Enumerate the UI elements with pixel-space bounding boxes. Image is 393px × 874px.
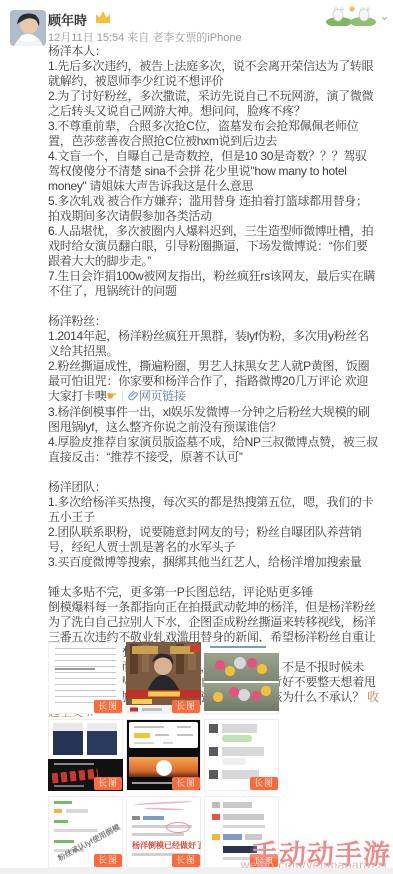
section-title-fans: 杨洋粉丝： — [48, 314, 379, 329]
team-item: 2.团队联系职粉，说要随意封网友的号；粉丝自曝团队养营销号，经纪人贾士凯是著名的… — [48, 525, 379, 555]
search-card — [129, 722, 198, 748]
fans-item: 4.厚脸皮推荐自家演员版盗墓不成，给NP三叔微博点赞，被三叔直接反击：“推荐不接… — [48, 435, 379, 465]
pink-circle-annotation — [166, 822, 190, 833]
person-item: 1.先后多次违约，被告上法庭多次，说不会离开荣信达为了转眼就解约，被恩师李少红说… — [48, 59, 379, 89]
thumb-text-heading — [55, 668, 95, 670]
paperclip-link-icon — [128, 390, 139, 405]
post-text: 杨洋本人： 1.先后多次违约，被告上法庭多次，说不会离开荣信达为了转眼就解约，被… — [48, 44, 379, 721]
weibo-row — [132, 833, 196, 836]
tail-paragraph: 锤太多贴不完，更多第一P长图总结，评论贴更多锤 — [48, 585, 379, 600]
weibo-post-page: 顾年時 12月11日 15:54 来自 老李女票的iPhone ⌄ 杨洋本人： … — [0, 0, 393, 874]
profile-decoration-badge — [325, 4, 377, 26]
username[interactable]: 顾年時 — [48, 10, 87, 29]
comment-bubble — [222, 758, 246, 765]
long-image-badge: 长图 — [250, 777, 278, 790]
team-item: 3.买百度微博等搜索，捆绑其他当红艺人，给杨洋增加搜索量 — [48, 555, 379, 570]
red-highlight-text: 杨洋倒模已经做好了 — [132, 840, 201, 851]
gallery-thumb-search-screenshot[interactable]: 长图 — [126, 719, 201, 791]
person-item: 4.文盲一个，自曝自己是奇数控，但是10 30是奇数？？？驾驭 驾权傻傻分不清楚… — [48, 149, 379, 194]
collage-photo-bottom — [204, 683, 279, 711]
avatar[interactable] — [10, 10, 46, 46]
person-item: 3.不尊重前辈，合照多次抢C位，盗墓发布会抢郑佩佩老师位置，芭莎慈善夜合照抢C位… — [48, 119, 379, 149]
gallery-thumb-chat-admission[interactable]: 粉丝承认lyf使用倒模 长图 — [48, 796, 123, 868]
collage-header — [204, 642, 279, 652]
long-image-badge: 长图 — [94, 854, 122, 867]
comment-row — [212, 814, 274, 820]
chat-row — [54, 809, 118, 813]
person-item: 2.为了讨好粉丝，多次撒谎，采访先说自己不玩网游，演了微微之后转头又说自己网游大… — [48, 89, 379, 119]
person-item: 5.多次轧戏 被合作方嫌弃；滥用替身 连拍着打篮球都用替身；拍戏期间多次请假参加… — [48, 194, 379, 224]
weibo-row — [132, 816, 196, 820]
collage-photo-top — [204, 653, 279, 681]
long-image-badge: 长图 — [94, 700, 122, 713]
long-image-badge: 长图 — [172, 700, 200, 713]
suit-photo-left — [53, 723, 83, 755]
vip-crown-icon — [96, 11, 110, 23]
sunset-photo — [129, 757, 198, 777]
fans-item-with-link: 2.粉丝撕逼成性，撕遍粉圈，男艺人抹黑女艺人就P黄图，饭圈最可怕诅咒：你家要和杨… — [48, 359, 379, 405]
fans-item: 3.杨洋倒模事件一出，xl娱乐发微博一分钟之后粉丝大规模的刷图甩锅lyf，这么整… — [48, 405, 379, 435]
team-item: 1.多次给杨洋买热搜，每次买的都是热搜第五位，嗯，我们的卡五小王子 — [48, 495, 379, 525]
comment-bubble — [222, 735, 252, 742]
chat-row — [54, 820, 118, 823]
chat-row — [54, 801, 118, 804]
pink-annotation — [144, 807, 184, 810]
comment-row — [212, 802, 274, 808]
inline-divider: | — [117, 389, 128, 403]
pointing-finger-icon: ☛ — [107, 389, 117, 403]
avatar-image — [10, 10, 46, 46]
thumb-text-lines — [55, 648, 116, 708]
suit-photo-right — [87, 723, 117, 755]
long-image-badge: 长图 — [94, 777, 122, 790]
comment-row — [209, 747, 273, 756]
gallery-thumb-suit-photos-video[interactable]: 长图 — [48, 719, 123, 791]
gallery-thumb-mold-weibo[interactable]: 杨洋倒模已经做好了 长图 — [126, 796, 201, 868]
gallery-thumb-fan-gift-collage[interactable] — [204, 642, 279, 714]
fans-item: 1.2014年起，杨洋粉丝疯狂开黑群，装lyf伪粉，多次用y粉丝名义给其招黑。 — [48, 329, 379, 359]
gallery-thumb-tv-interview[interactable]: 长图 — [126, 642, 201, 714]
section-title-team: 杨洋团队： — [48, 480, 379, 495]
comment-row — [223, 825, 273, 828]
fans-item-text: 2.粉丝撕逼成性，撕遍粉圈，男艺人抹黑女艺人就P黄图，饭圈最可怕诅咒：你家要和杨… — [48, 359, 369, 403]
pink-annotation — [134, 800, 192, 805]
bottom-divider — [0, 868, 393, 874]
long-image-badge: 长图 — [172, 777, 200, 790]
person-item: 6.人品堪忧，多次被圈内人爆料迟到，三生造型师微博吐槽，拍戏时给女演员翻白眼，引… — [48, 224, 379, 269]
section-title-person: 杨洋本人： — [48, 44, 379, 59]
gallery-thumb-longtext-summary[interactable]: 长图 — [48, 642, 123, 714]
post-menu-chevron-icon[interactable]: ⌄ — [379, 9, 393, 23]
comment-row — [209, 724, 273, 733]
player-controls — [132, 782, 172, 784]
person-item: 7.生日会诈捐100w被网友指出，粉丝疯狂rs该网友，最后实在瞒不住了，甩锅统计… — [48, 269, 379, 299]
post-meta-timestamp: 12月11日 15:54 来自 老李女票的iPhone — [48, 29, 242, 45]
gallery-thumb-comment-list[interactable]: 长图 — [204, 719, 279, 791]
long-image-badge: 长图 — [172, 854, 200, 867]
web-page-link[interactable]: 网页链接 — [139, 389, 186, 403]
